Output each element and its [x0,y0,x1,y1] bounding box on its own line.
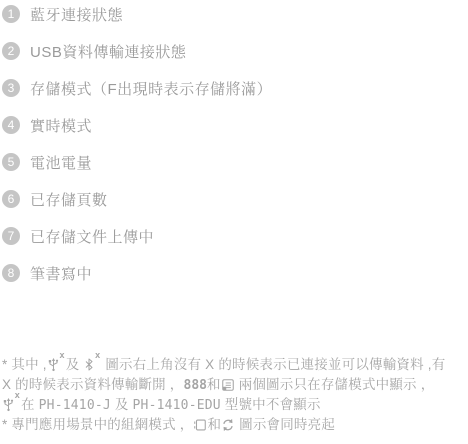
footnote-1-text-c: 圖示右上角沒有 X 的時候表示已連接並可以傳輸資料 ,有 [101,357,445,372]
network-page-icon [193,418,207,432]
legend-label-stored-pages: 已存儲頁數 [30,189,108,210]
footnotes: * 其中 ,x及 x 圖示右上角沒有 X 的時候表示已連接並可以傳輸資料 ,有 … [2,355,466,435]
footnote-line-1: * 其中 ,x及 x 圖示右上角沒有 X 的時候表示已連接並可以傳輸資料 ,有 [2,355,466,375]
footnote-2-text-a: X 的時候表示資料傳輸斷開 ， [2,377,184,392]
footnote-3-text-a: 在 [21,397,39,412]
legend-label-usb: USB資料傳輸連接狀態 [30,41,186,62]
number-badge-5: 5 [2,153,20,171]
number-badge-4: 4 [2,116,20,134]
legend-label-storage-mode: 存儲模式（F出現時表示存儲將滿） [30,78,272,99]
footnote-4-text-b: 和 [207,417,221,432]
legend-row-uploading: 7 已存儲文件上傳中 [2,227,272,245]
legend-row-pen-writing: 8 筆書寫中 [2,264,272,282]
number-badge-6: 6 [2,190,20,208]
model-number-ph1410edu: PH-1410-EDU [133,398,221,413]
legend-label-bluetooth: 藍牙連接狀態 [30,4,123,25]
footnote-1-text-a: * 其中 , [2,357,47,372]
number-badge-1: 1 [2,5,20,23]
number-badge-7: 7 [2,227,20,245]
footnote-3-text-b: 及 [111,397,133,412]
footnote-line-2: X 的時候表示資料傳輸斷開 ，888和 兩個圖示只在存儲模式中顯示 ， [2,375,466,395]
legend-label-battery: 電池電量 [30,152,92,173]
legend-row-usb: 2 USB資料傳輸連接狀態 [2,42,272,60]
usb-icon-2 [2,397,15,412]
bluetooth-superscript-x: x [95,351,100,360]
bluetooth-x-icon: x [83,355,95,375]
footnote-2-text-c: 兩個圖示只在存儲模式中顯示 ， [235,377,435,392]
usb-x-icon: x [47,355,60,375]
legend-row-battery: 5 電池電量 [2,153,272,171]
legend-label-pen-writing: 筆書寫中 [30,263,92,284]
status-icon-legend: 1 藍牙連接狀態 2 USB資料傳輸連接狀態 3 存儲模式（F出現時表示存儲將滿… [2,5,272,301]
footnote-4-text-c: 圖示會同時亮起 [235,417,335,432]
footnote-2-text-b: 和 [207,377,221,392]
usb-superscript-x-2: x [15,391,20,400]
legend-row-bluetooth: 1 藍牙連接狀態 [2,5,272,23]
legend-row-stored-pages: 6 已存儲頁數 [2,190,272,208]
footnote-1-text-b: 及 [66,357,84,372]
number-badge-2: 2 [2,42,20,60]
usb-superscript-x: x [60,351,65,360]
footnote-3-text-c: 型號中不會顯示 [221,397,321,412]
stored-page-icon [221,378,235,392]
legend-row-realtime-mode: 4 實時模式 [2,116,272,134]
bluetooth-icon [83,357,95,372]
legend-label-uploading: 已存儲文件上傳中 [30,226,154,247]
legend-row-storage-mode: 3 存儲模式（F出現時表示存儲將滿） [2,79,272,97]
number-badge-3: 3 [2,79,20,97]
footnote-line-4: * 專門應用場景中的組網模式 ，和 圖示會同時亮起 [2,415,466,435]
footnote-line-3: x在 PH-1410-J 及 PH-1410-EDU 型號中不會顯示 [2,395,466,415]
legend-label-realtime-mode: 實時模式 [30,115,92,136]
number-badge-8: 8 [2,264,20,282]
model-number-ph1410j: PH-1410-J [39,398,111,413]
footnote-4-text-a: * 專門應用場景中的組網模式 ， [2,417,193,432]
sync-icon [221,418,235,432]
seven-segment-888-icon: 888 [184,378,207,393]
usb-x-icon-2: x [2,395,15,415]
manual-legend-page: 1 藍牙連接狀態 2 USB資料傳輸連接狀態 3 存儲模式（F出現時表示存儲將滿… [0,0,468,444]
usb-icon [47,357,60,372]
